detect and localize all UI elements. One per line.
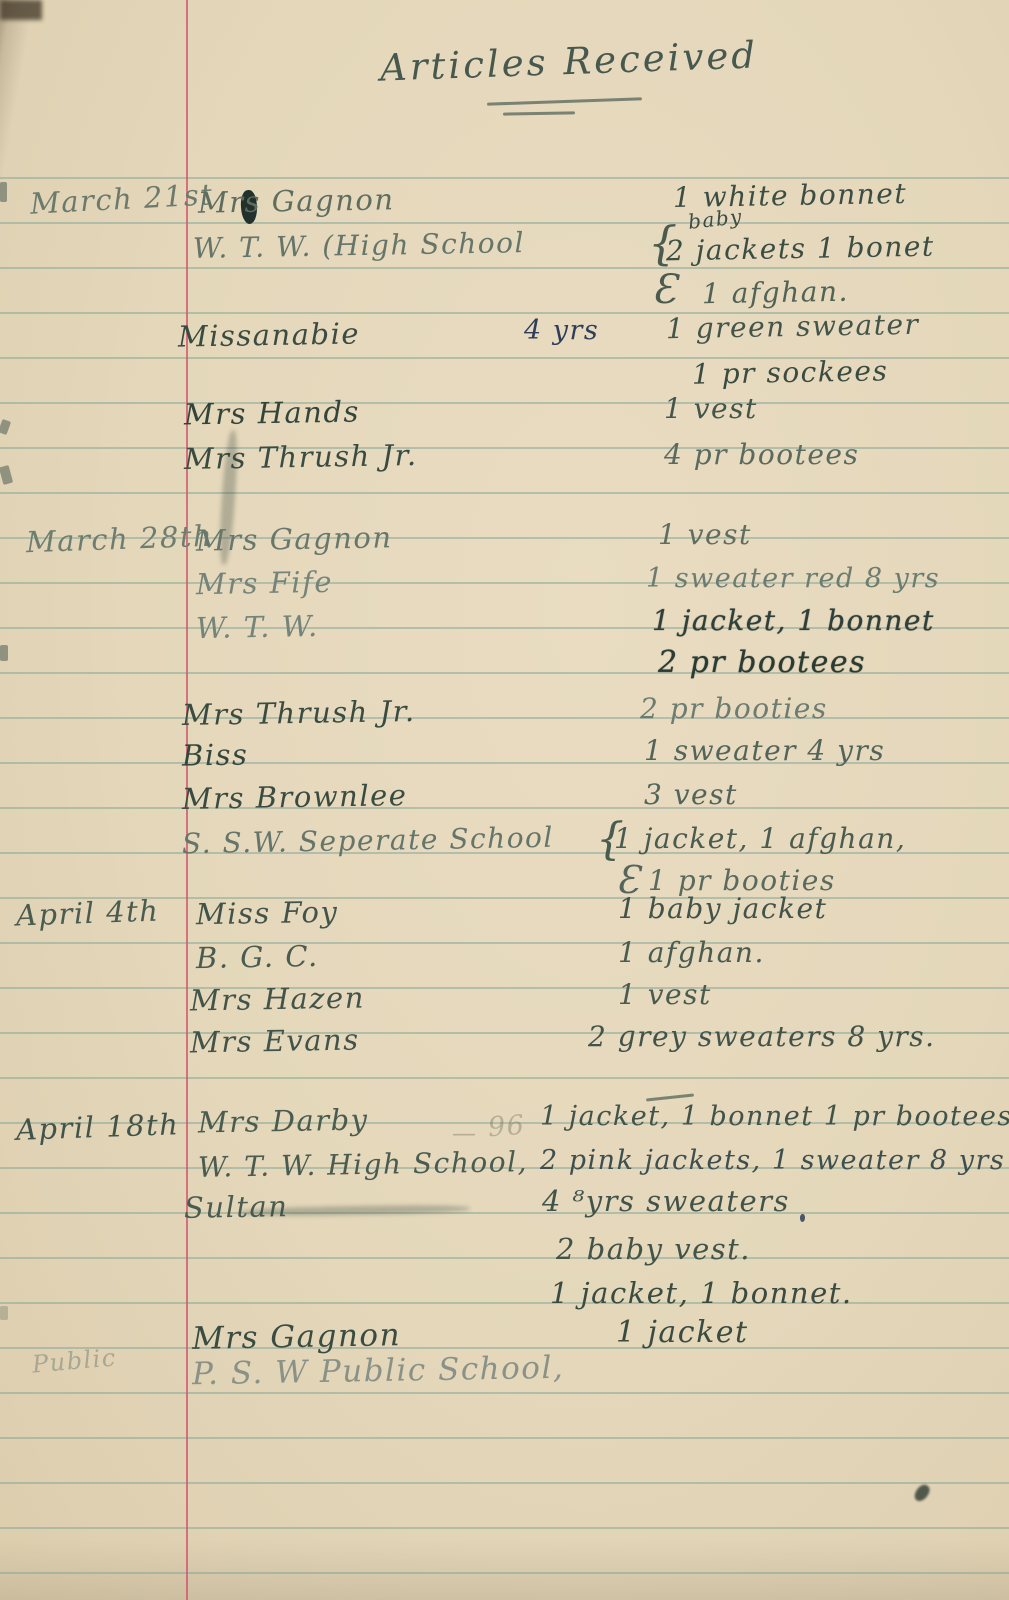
items-received: 2 grey sweaters 8 yrs. xyxy=(588,1022,936,1053)
donor-name: W. T. W. (High School xyxy=(193,228,525,265)
ink-curl: Ɛ xyxy=(652,268,678,312)
items-received: 1 vest xyxy=(618,980,712,1011)
items-received: 1 jacket, 1 bonnet xyxy=(652,606,935,637)
ledger-page: Articles Received March 21st Mrs Gagnon … xyxy=(0,0,1009,1600)
items-received: 1 green sweater xyxy=(666,310,920,345)
donor-name: W. T. W. xyxy=(196,611,319,645)
donor-name: Mrs Gagnon xyxy=(198,184,395,219)
title-underline xyxy=(487,97,642,105)
donor-name: Biss xyxy=(182,739,249,772)
edge-mark xyxy=(0,1306,8,1320)
items-received: 1 sweater 4 yrs xyxy=(644,736,885,767)
items-received: 2 jackets 1 bonet xyxy=(666,232,935,267)
items-received: 2 baby vest. xyxy=(556,1234,751,1266)
items-received: 2 pink jackets, 1 sweater 8 yrs xyxy=(540,1146,1005,1176)
items-received: 3 vest xyxy=(644,780,738,811)
donor-name: Missanabie xyxy=(178,318,361,353)
edge-mark xyxy=(0,182,7,202)
items-received: 1 jacket, 1 afghan, xyxy=(614,824,906,855)
entry-date: April 18th xyxy=(15,1109,179,1147)
items-received: 1 afghan. xyxy=(618,938,765,969)
items-received: 1 sweater red 8 yrs xyxy=(646,564,940,594)
donor-name: Miss Foy xyxy=(196,897,339,931)
items-received: 1 baby jacket xyxy=(618,894,827,925)
page-title: Articles Received xyxy=(379,35,758,89)
items-received: 1 vest xyxy=(664,394,758,425)
items-received: 1 jacket, 1 bonnet. xyxy=(550,1278,853,1310)
items-received: 1 pr sockees xyxy=(692,356,889,390)
entry-date: April 4th xyxy=(15,896,159,933)
age-note: 4 yrs xyxy=(524,316,599,346)
donor-name: Mrs Thrush Jr. xyxy=(184,440,418,476)
donor-name: B. G. C. xyxy=(196,941,319,975)
items-received: 1 jacket, 1 bonnet 1 pr bootees xyxy=(540,1102,1009,1132)
page-corner-shadow xyxy=(0,0,42,20)
donor-name: Mrs Thrush Jr. xyxy=(182,696,416,732)
title-underline xyxy=(503,111,575,115)
donor-name: Mrs Hazen xyxy=(190,982,365,1017)
items-received: 2 pr booties xyxy=(640,694,828,725)
entry-date: March 28th xyxy=(26,521,214,559)
donor-name: Mrs Hands xyxy=(184,396,360,431)
donor-name: P. S. W Public School, xyxy=(192,1351,565,1392)
inserted-word: baby xyxy=(687,205,744,233)
donor-name: W. T. W. High School, xyxy=(198,1147,528,1184)
edge-mark xyxy=(0,645,8,661)
donor-name: S. S.W. Seperate School xyxy=(182,823,554,860)
items-received: 4 pr bootees xyxy=(664,440,859,471)
pencil-note: 96 xyxy=(487,1111,526,1143)
items-received: 4 ⁸yrs sweaters xyxy=(542,1186,790,1218)
donor-name: Mrs Darby xyxy=(198,1105,369,1140)
items-received: 2 pr bootees xyxy=(658,646,866,679)
items-received: 1 jacket xyxy=(616,1316,749,1349)
donor-name: Mrs Brownlee xyxy=(182,780,408,816)
donor-name: Mrs Gagnon xyxy=(192,1318,402,1356)
items-received: 1 vest xyxy=(658,520,752,551)
pencil-dash: — xyxy=(452,1120,478,1146)
donor-name: Mrs Fife xyxy=(196,567,333,601)
donor-name: Mrs Gagnon xyxy=(196,522,393,557)
donor-name: Mrs Evans xyxy=(190,1025,360,1060)
items-received: 1 afghan. xyxy=(702,277,849,310)
